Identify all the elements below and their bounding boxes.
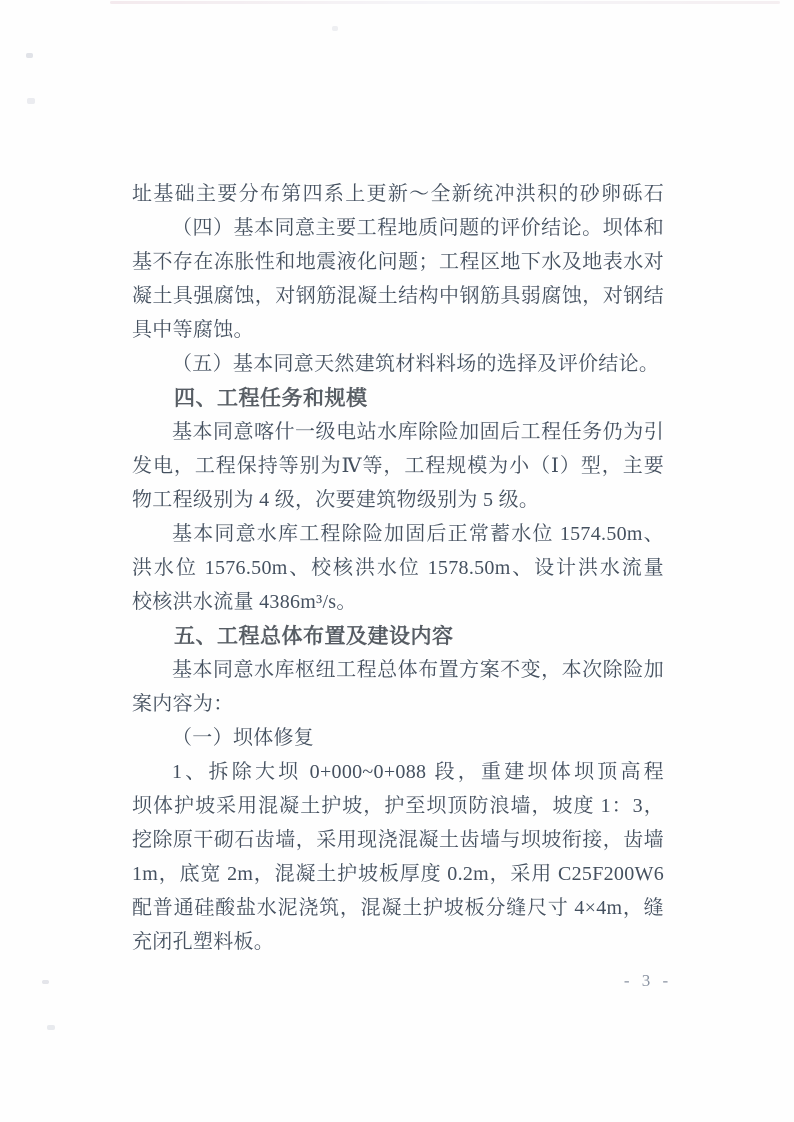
doc-line: 发电，工程保持等别为Ⅳ等，工程规模为小（Ⅰ）型，主要建筑 — [132, 449, 664, 483]
scan-edge-artifact — [110, 1, 780, 4]
doc-line: 基本同意喀什一级电站水库除险加固后工程任务仍为引水 — [132, 415, 664, 449]
doc-line: 坝体护坡采用混凝土护坡，护至坝顶防浪墙，坡度 1：3，坡脚 — [132, 789, 664, 823]
doc-line: 基本同意水库工程除险加固后正常蓄水位 1574.50m、设计 — [132, 517, 664, 551]
doc-line: 基不存在冻胀性和地震液化问题；工程区地下水及地表水对混 — [132, 245, 664, 279]
scan-speck — [42, 980, 49, 984]
doc-line: 物工程级别为 4 级，次要建筑物级别为 5 级。 — [132, 483, 664, 517]
section-heading: 五、工程总体布置及建设内容 — [132, 619, 664, 653]
document-page: 址基础主要分布第四系上更新～全新统冲洪积的砂卵砾石层。 （四）基本同意主要工程地… — [0, 0, 794, 1122]
page-number: - 3 - — [612, 971, 684, 991]
scan-speck — [26, 53, 33, 58]
doc-line: 充闭孔塑料板。 — [132, 925, 664, 959]
document-body: 址基础主要分布第四系上更新～全新统冲洪积的砂卵砾石层。 （四）基本同意主要工程地… — [132, 177, 664, 959]
doc-line: 址基础主要分布第四系上更新～全新统冲洪积的砂卵砾石层。 — [132, 177, 664, 211]
doc-line: 具中等腐蚀。 — [132, 313, 664, 347]
doc-line: （四）基本同意主要工程地质问题的评价结论。坝体和坝 — [132, 211, 664, 245]
doc-line: （一）坝体修复 — [132, 721, 664, 755]
doc-line: 洪水位 1576.50m、校核洪水位 1578.50m、设计洪水流量 589m³… — [132, 551, 664, 585]
doc-line: （五）基本同意天然建筑材料料场的选择及评价结论。 — [132, 347, 664, 381]
doc-line: 基本同意水库枢纽工程总体布置方案不变，本次除险加固方 — [132, 653, 664, 687]
doc-line: 1m，底宽 2m，混凝土护坡板厚度 0.2m，采用 C25F200W6 二级 — [132, 857, 664, 891]
doc-line: 校核洪水流量 4386m³/s。 — [132, 585, 664, 619]
doc-line: 挖除原干砌石齿墙，采用现浇混凝土齿墙与坝坡衔接，齿墙深度 — [132, 823, 664, 857]
scan-speck — [47, 1025, 55, 1030]
doc-line: 配普通硅酸盐水泥浇筑，混凝土护坡板分缝尺寸 4×4m，缝内填 — [132, 891, 664, 925]
scan-speck — [27, 98, 35, 104]
doc-line: 凝土具强腐蚀，对钢筋混凝土结构中钢筋具弱腐蚀，对钢结构 — [132, 279, 664, 313]
scan-speck — [332, 26, 338, 31]
doc-line: 案内容为： — [132, 687, 664, 721]
section-heading: 四、工程任务和规模 — [132, 381, 664, 415]
doc-line: 1、拆除大坝 0+000~0+088 段，重建坝体坝顶高程 1580m， — [132, 755, 664, 789]
